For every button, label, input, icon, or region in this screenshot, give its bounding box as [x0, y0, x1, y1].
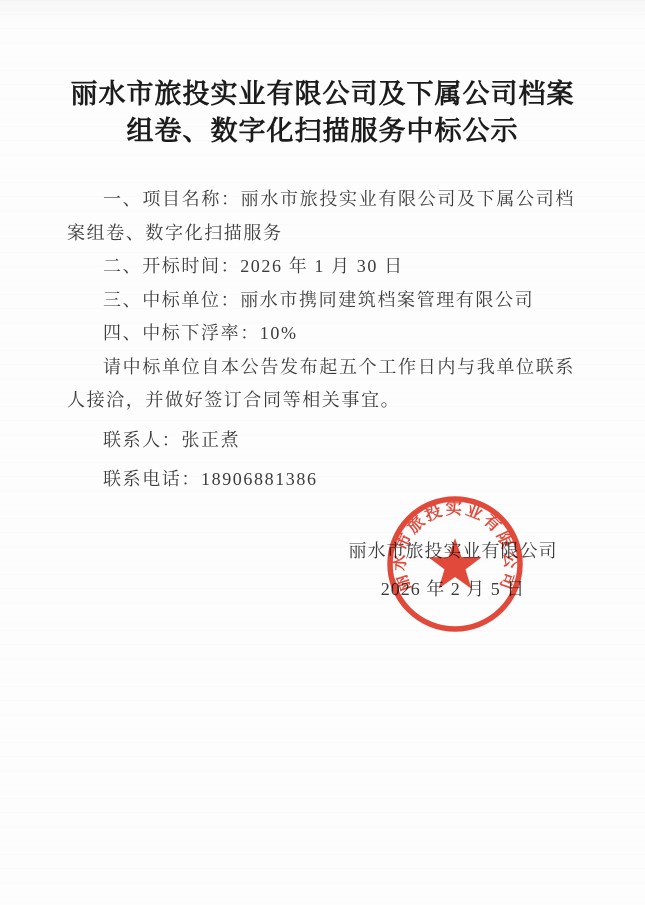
paragraph-notice: 请中标单位自本公告发布起五个工作日内与我单位联系人接洽，并做好签订合同等相关事宜… — [67, 351, 575, 418]
document-title: 丽水市旅投实业有限公司及下属公司档案 组卷、数字化扫描服务中标公示 — [0, 76, 645, 150]
paragraph-discount-rate: 四、中标下浮率：10% — [67, 317, 575, 351]
paragraph-winning-bidder: 三、中标单位：丽水市携同建筑档案管理有限公司 — [67, 284, 575, 318]
paragraph-project-name: 一、项目名称：丽水市旅投实业有限公司及下属公司档案组卷、数字化扫描服务 — [67, 183, 575, 250]
contact-phone: 联系电话：18906881386 — [67, 463, 575, 497]
paragraph-bid-opening-time: 二、开标时间：2026 年 1 月 30 日 — [67, 250, 575, 284]
signature-company: 丽水市旅投实业有限公司 — [328, 536, 578, 566]
document-page: 丽水市旅投实业有限公司及下属公司档案 组卷、数字化扫描服务中标公示 一、项目名称… — [0, 0, 645, 905]
document-body: 一、项目名称：丽水市旅投实业有限公司及下属公司档案组卷、数字化扫描服务 二、开标… — [67, 183, 575, 497]
title-line-2: 组卷、数字化扫描服务中标公示 — [0, 113, 645, 150]
title-line-1: 丽水市旅投实业有限公司及下属公司档案 — [0, 76, 645, 113]
contact-person: 联系人：张正煮 — [67, 424, 575, 458]
signature-block: 丽水市旅投实业有限公司 2026 年 2 月 5 日 — [328, 536, 578, 604]
signature-date: 2026 年 2 月 5 日 — [328, 574, 578, 604]
